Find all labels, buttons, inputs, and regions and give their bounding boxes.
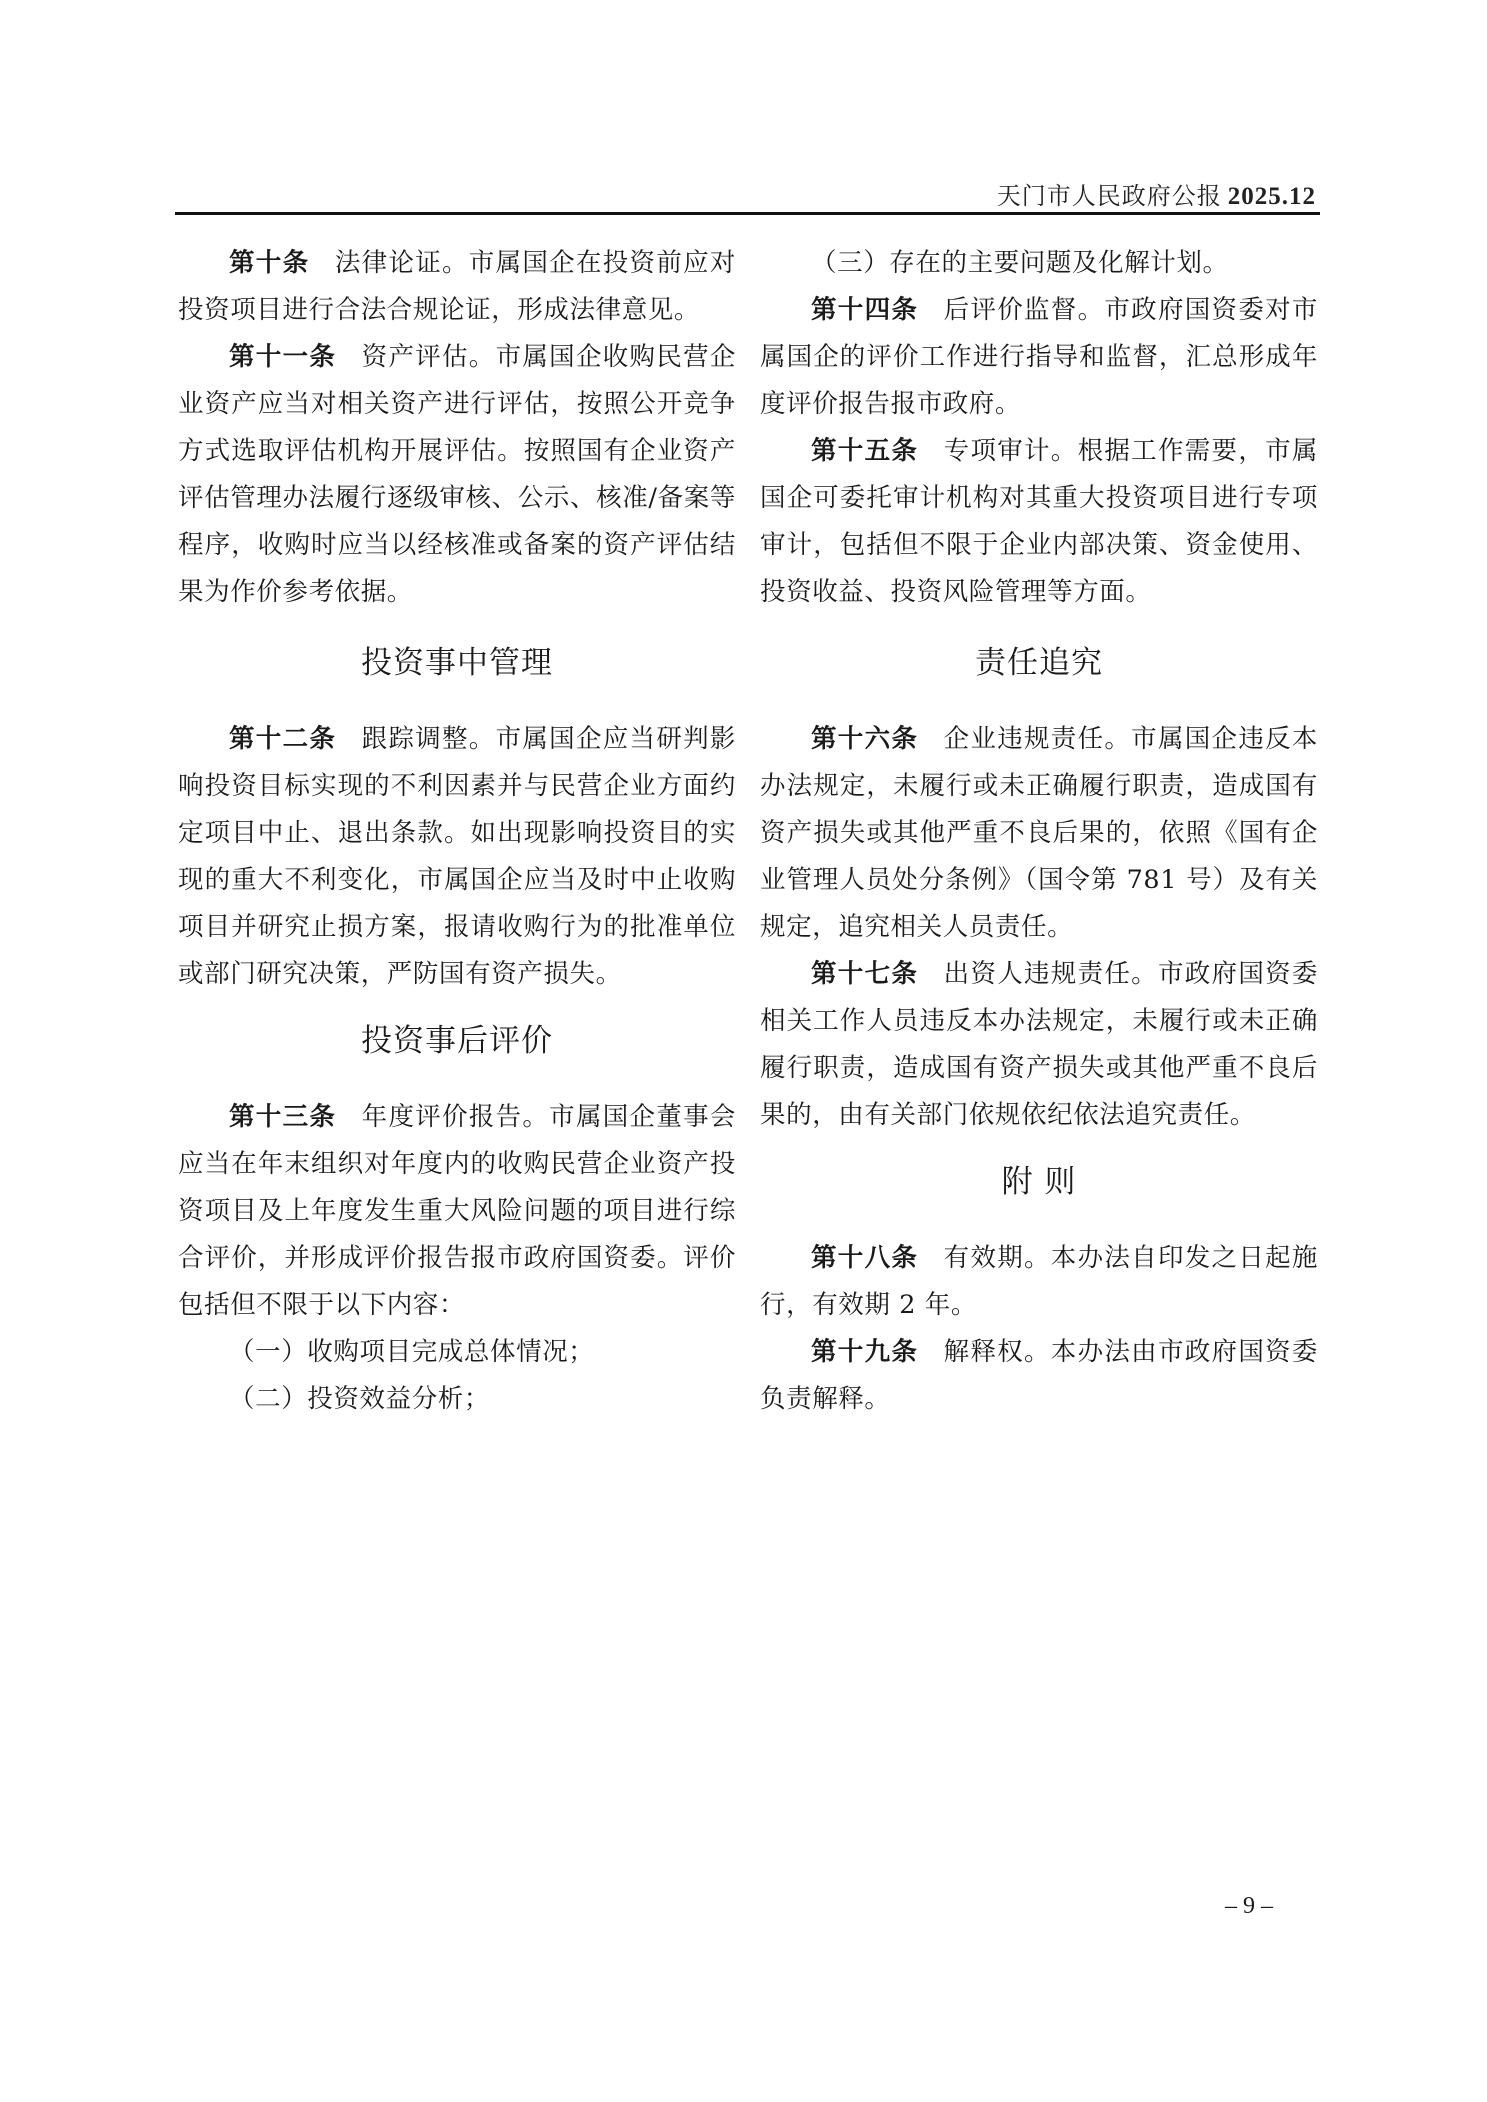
article-14: 第十四条后评价监督。市政府国资委对市属国企的评价工作进行指导和监督，汇总形成年度…: [760, 287, 1318, 428]
article-label: 第十六条: [811, 724, 918, 754]
section-heading: 责任追究: [760, 638, 1318, 688]
page-number: – 9 –: [1225, 1893, 1273, 1920]
article-label: 第十条: [229, 248, 309, 278]
article-18: 第十八条有效期。本办法自印发之日起施行，有效期 2 年。: [760, 1235, 1318, 1329]
article-label: 第十三条: [229, 1102, 336, 1132]
article-label: 第十二条: [229, 724, 336, 754]
article-text: 企业违规责任。市属国企违反本办法规定，未履行或未正确履行职责，造成国有资产损失或…: [760, 724, 1318, 942]
section-heading: 投资事中管理: [178, 638, 736, 688]
article-12: 第十二条跟踪调整。市属国企应当研判影响投资目标实现的不利因素并与民营企业方面约定…: [178, 716, 736, 998]
article-label: 第十四条: [811, 295, 918, 325]
article-19: 第十九条解释权。本办法由市政府国资委负责解释。: [760, 1329, 1318, 1423]
article-15: 第十五条专项审计。根据工作需要，市属国企可委托审计机构对其重大投资项目进行专项审…: [760, 428, 1318, 616]
article-text: 跟踪调整。市属国企应当研判影响投资目标实现的不利因素并与民营企业方面约定项目中止…: [178, 724, 736, 989]
section-heading: 附 则: [760, 1157, 1318, 1207]
list-item: （二）投资效益分析；: [178, 1376, 736, 1423]
article-label: 第十七条: [811, 959, 918, 989]
article-11: 第十一条资产评估。市属国企收购民营企业资产应当对相关资产进行评估，按照公开竞争方…: [178, 334, 736, 616]
article-label: 第十八条: [811, 1243, 918, 1273]
running-header: 天门市人民政府公报2025.12: [175, 170, 1320, 215]
article-label: 第十一条: [229, 342, 336, 372]
list-item: （一）收购项目完成总体情况；: [178, 1329, 736, 1376]
article-label: 第十五条: [811, 436, 918, 466]
publication-name: 天门市人民政府公报: [997, 182, 1222, 210]
publication-title: 天门市人民政府公报2025.12: [997, 176, 1316, 211]
article-text: 年度评价报告。市属国企董事会应当在年末组织对年度内的收购民营企业资产投资项目及上…: [178, 1102, 736, 1320]
article-10: 第十条法律论证。市属国企在投资前应对投资项目进行合法合规论证，形成法律意见。: [178, 240, 736, 334]
article-13: 第十三条年度评价报告。市属国企董事会应当在年末组织对年度内的收购民营企业资产投资…: [178, 1094, 736, 1329]
list-item: （三）存在的主要问题及化解计划。: [760, 240, 1318, 287]
issue-number: 2025.12: [1228, 183, 1316, 210]
section-heading: 投资事后评价: [178, 1016, 736, 1066]
article-16: 第十六条企业违规责任。市属国企违反本办法规定，未履行或未正确履行职责，造成国有资…: [760, 716, 1318, 951]
right-column: （三）存在的主要问题及化解计划。 第十四条后评价监督。市政府国资委对市属国企的评…: [760, 240, 1318, 1423]
article-17: 第十七条出资人违规责任。市政府国资委相关工作人员违反本办法规定，未履行或未正确履…: [760, 951, 1318, 1139]
article-label: 第十九条: [811, 1337, 918, 1367]
left-column: 第十条法律论证。市属国企在投资前应对投资项目进行合法合规论证，形成法律意见。 第…: [178, 240, 736, 1423]
article-text: 资产评估。市属国企收购民营企业资产应当对相关资产进行评估，按照公开竞争方式选取评…: [178, 342, 736, 607]
